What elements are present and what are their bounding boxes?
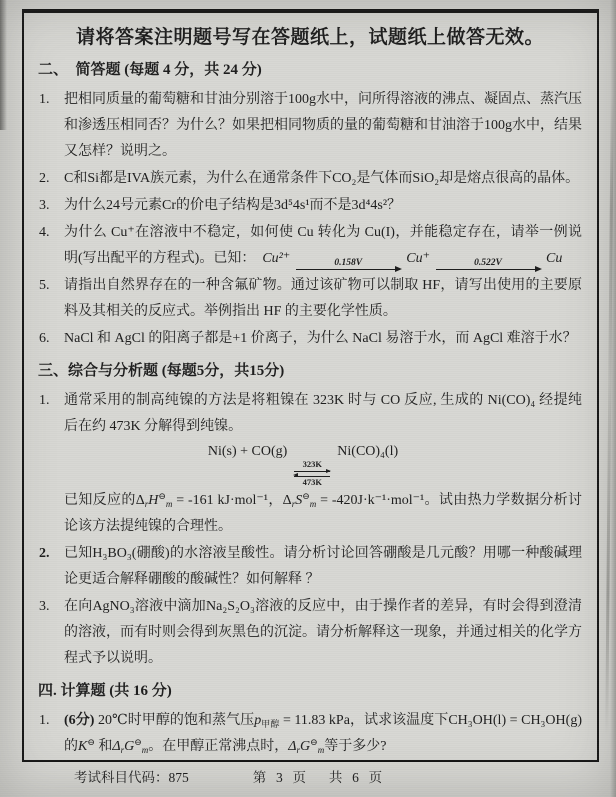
section-heading: 四. 计算题 (共 16 分) [38, 679, 584, 704]
question-text: NaCl 和 AgCl 的阳离子都是+1 价离子，为什么 NaCl 易溶于水，而… [64, 326, 584, 352]
footer-subject-code: 考试科目代码：875 [74, 766, 189, 786]
equilibrium-arrow: 323K473K [294, 460, 330, 487]
question-paragraph: 把相同质量的葡萄糖和甘油分别溶于100g水中，问所得溶液的沸点、凝固点、蒸汽压和… [64, 87, 582, 165]
reaction-arrow-shaft [436, 269, 540, 270]
question-text: 为什么24号元素Cr的价电子结构是3d⁵4s¹而不是3d⁴4s²？ [64, 193, 584, 219]
question-number: 3. [36, 193, 64, 219]
footer-page-number: 第 3 页 共 6 页 [253, 766, 383, 786]
reaction-arrow-shaft [296, 269, 400, 270]
reaction-arrow-label: 0.158V [296, 258, 400, 268]
question-paragraph: NaCl 和 AgCl 的阳离子都是+1 价离子，为什么 NaCl 易溶于水，而… [64, 326, 582, 352]
question-text: 把相同质量的葡萄糖和甘油分别溶于100g水中，问所得溶液的沸点、凝固点、蒸汽压和… [64, 87, 584, 165]
reaction-arrow: 0.522V [436, 258, 540, 270]
question-item: 1.(6分) 20℃时甲醇的饱和蒸气压p甲醇 = 11.83 kPa，试求该温度… [36, 708, 584, 760]
reaction-arrow-label: 0.522V [436, 258, 540, 268]
scan-edge-shadow-left [0, 0, 7, 130]
question-item: 5.请指出自然界存在的一种含氟矿物。通过该矿物可以制取 HF，请写出使用的主要原… [36, 273, 584, 325]
equation-left-side: Ni(s) + CO(g) [208, 444, 287, 459]
question-paragraph: 已知H₃BO₃(硼酸)的水溶液呈酸性。请分析讨论回答硼酸是几元酸？用哪一种酸碱理… [64, 541, 582, 593]
exam-section: 三、综合与分析题 (每题5分，共15分)1.通常采用的制高纯镍的方法是将粗镍在 … [36, 359, 584, 672]
question-text: C和Si都是IVA族元素，为什么在通常条件下CO₂是气体而SiO₂却是熔点很高的… [64, 166, 584, 192]
question-item: 6.NaCl 和 AgCl 的阳离子都是+1 价离子，为什么 NaCl 易溶于水… [36, 326, 584, 352]
section-heading: 三、综合与分析题 (每题5分，共15分) [38, 359, 584, 384]
question-text: 为什么 Cu⁺在溶液中不稳定，如何使 Cu 转化为 Cu(I)，并能稳定存在，请… [64, 220, 584, 272]
question-item: 3.在向AgNO₃溶液中滴加Na₂S₂O₃溶液的反应中，由于操作者的差异，有时会… [36, 594, 584, 672]
question-item: 4.为什么 Cu⁺在溶液中不稳定，如何使 Cu 转化为 Cu(I)，并能稳定存在… [36, 220, 584, 272]
question-text: 通常采用的制高纯镍的方法是将粗镍在 323K 时与 CO 反应, 生成的 Ni(… [64, 388, 584, 540]
question-paragraph: 请指出自然界存在的一种含氟矿物。通过该矿物可以制取 HF，请写出使用的主要原料及… [64, 273, 582, 325]
equilibrium-temp-bottom: 473K [303, 478, 322, 487]
question-paragraph: 为什么 Cu⁺在溶液中不稳定，如何使 Cu 转化为 Cu(I)，并能稳定存在，请… [64, 220, 582, 272]
question-text: 请指出自然界存在的一种含氟矿物。通过该矿物可以制取 HF，请写出使用的主要原料及… [64, 273, 584, 325]
question-paragraph: 在向AgNO₃溶液中滴加Na₂S₂O₃溶液的反应中，由于操作者的差异，有时会得到… [64, 594, 582, 672]
question-paragraph: 为什么24号元素Cr的价电子结构是3d⁵4s¹而不是3d⁴4s²？ [64, 193, 582, 219]
question-item: 1.把相同质量的葡萄糖和甘油分别溶于100g水中，问所得溶液的沸点、凝固点、蒸汽… [36, 87, 584, 165]
question-text: 在向AgNO₃溶液中滴加Na₂S₂O₃溶液的反应中，由于操作者的差异，有时会得到… [64, 594, 584, 672]
question-text: 已知H₃BO₃(硼酸)的水溶液呈酸性。请分析讨论回答硼酸是几元酸？用哪一种酸碱理… [64, 541, 584, 593]
question-number: 1. [36, 388, 64, 540]
forward-arrow [294, 471, 330, 472]
question-number: 2. [36, 166, 64, 192]
reverse-arrow [294, 476, 330, 477]
question-number: 4. [36, 220, 64, 272]
question-number: 5. [36, 273, 64, 325]
exam-section: 二、 简答题 (每题 4 分，共 24 分)1.把相同质量的葡萄糖和甘油分别溶于… [36, 58, 584, 352]
question-number: 3. [36, 594, 64, 672]
question-item: 3.为什么24号元素Cr的价电子结构是3d⁵4s¹而不是3d⁴4s²？ [36, 193, 584, 219]
notice-heading: 请将答案注明题号写在答题纸上，试题纸上做答无效。 [36, 25, 584, 51]
page-footer: 考试科目代码：875 第 3 页 共 6 页 [22, 766, 599, 786]
question-number: 1. [36, 708, 64, 760]
question-item: 2.已知H₃BO₃(硼酸)的水溶液呈酸性。请分析讨论回答硼酸是几元酸？用哪一种酸… [36, 541, 584, 593]
chemical-equation: Ni(s) + CO(g)323K473KNi(CO)₄(l) [64, 441, 542, 487]
question-text: (6分) 20℃时甲醇的饱和蒸气压p甲醇 = 11.83 kPa，试求该温度下C… [64, 708, 584, 760]
scanned-exam-page: 请将答案注明题号写在答题纸上，试题纸上做答无效。 二、 简答题 (每题 4 分，… [0, 0, 616, 797]
question-item: 1.通常采用的制高纯镍的方法是将粗镍在 323K 时与 CO 反应, 生成的 N… [36, 388, 584, 540]
question-number: 1. [36, 87, 64, 165]
document-body: 二、 简答题 (每题 4 分，共 24 分)1.把相同质量的葡萄糖和甘油分别溶于… [36, 58, 584, 760]
section-heading: 二、 简答题 (每题 4 分，共 24 分) [38, 58, 584, 83]
content-frame: 请将答案注明题号写在答题纸上，试题纸上做答无效。 二、 简答题 (每题 4 分，… [22, 9, 599, 762]
question-number: 6. [36, 326, 64, 352]
equation-right-side: Ni(CO)₄(l) [337, 444, 398, 459]
question-number: 2. [36, 541, 64, 593]
question-paragraph: (6分) 20℃时甲醇的饱和蒸气压p甲醇 = 11.83 kPa，试求该温度下C… [64, 708, 582, 760]
question-item: 2.C和Si都是IVA族元素，为什么在通常条件下CO₂是气体而SiO₂却是熔点很… [36, 166, 584, 192]
equilibrium-temp-top: 323K [303, 460, 322, 469]
question-paragraph: C和Si都是IVA族元素，为什么在通常条件下CO₂是气体而SiO₂却是熔点很高的… [64, 166, 582, 192]
exam-section: 四. 计算题 (共 16 分)1.(6分) 20℃时甲醇的饱和蒸气压p甲醇 = … [36, 679, 584, 760]
question-paragraph: 已知反应的ΔrH⊖m = -161 kJ·mol⁻¹，ΔrS⊖m = -420J… [64, 488, 582, 540]
question-paragraph: 通常采用的制高纯镍的方法是将粗镍在 323K 时与 CO 反应, 生成的 Ni(… [64, 388, 582, 440]
reaction-arrow: 0.158V [296, 258, 400, 270]
